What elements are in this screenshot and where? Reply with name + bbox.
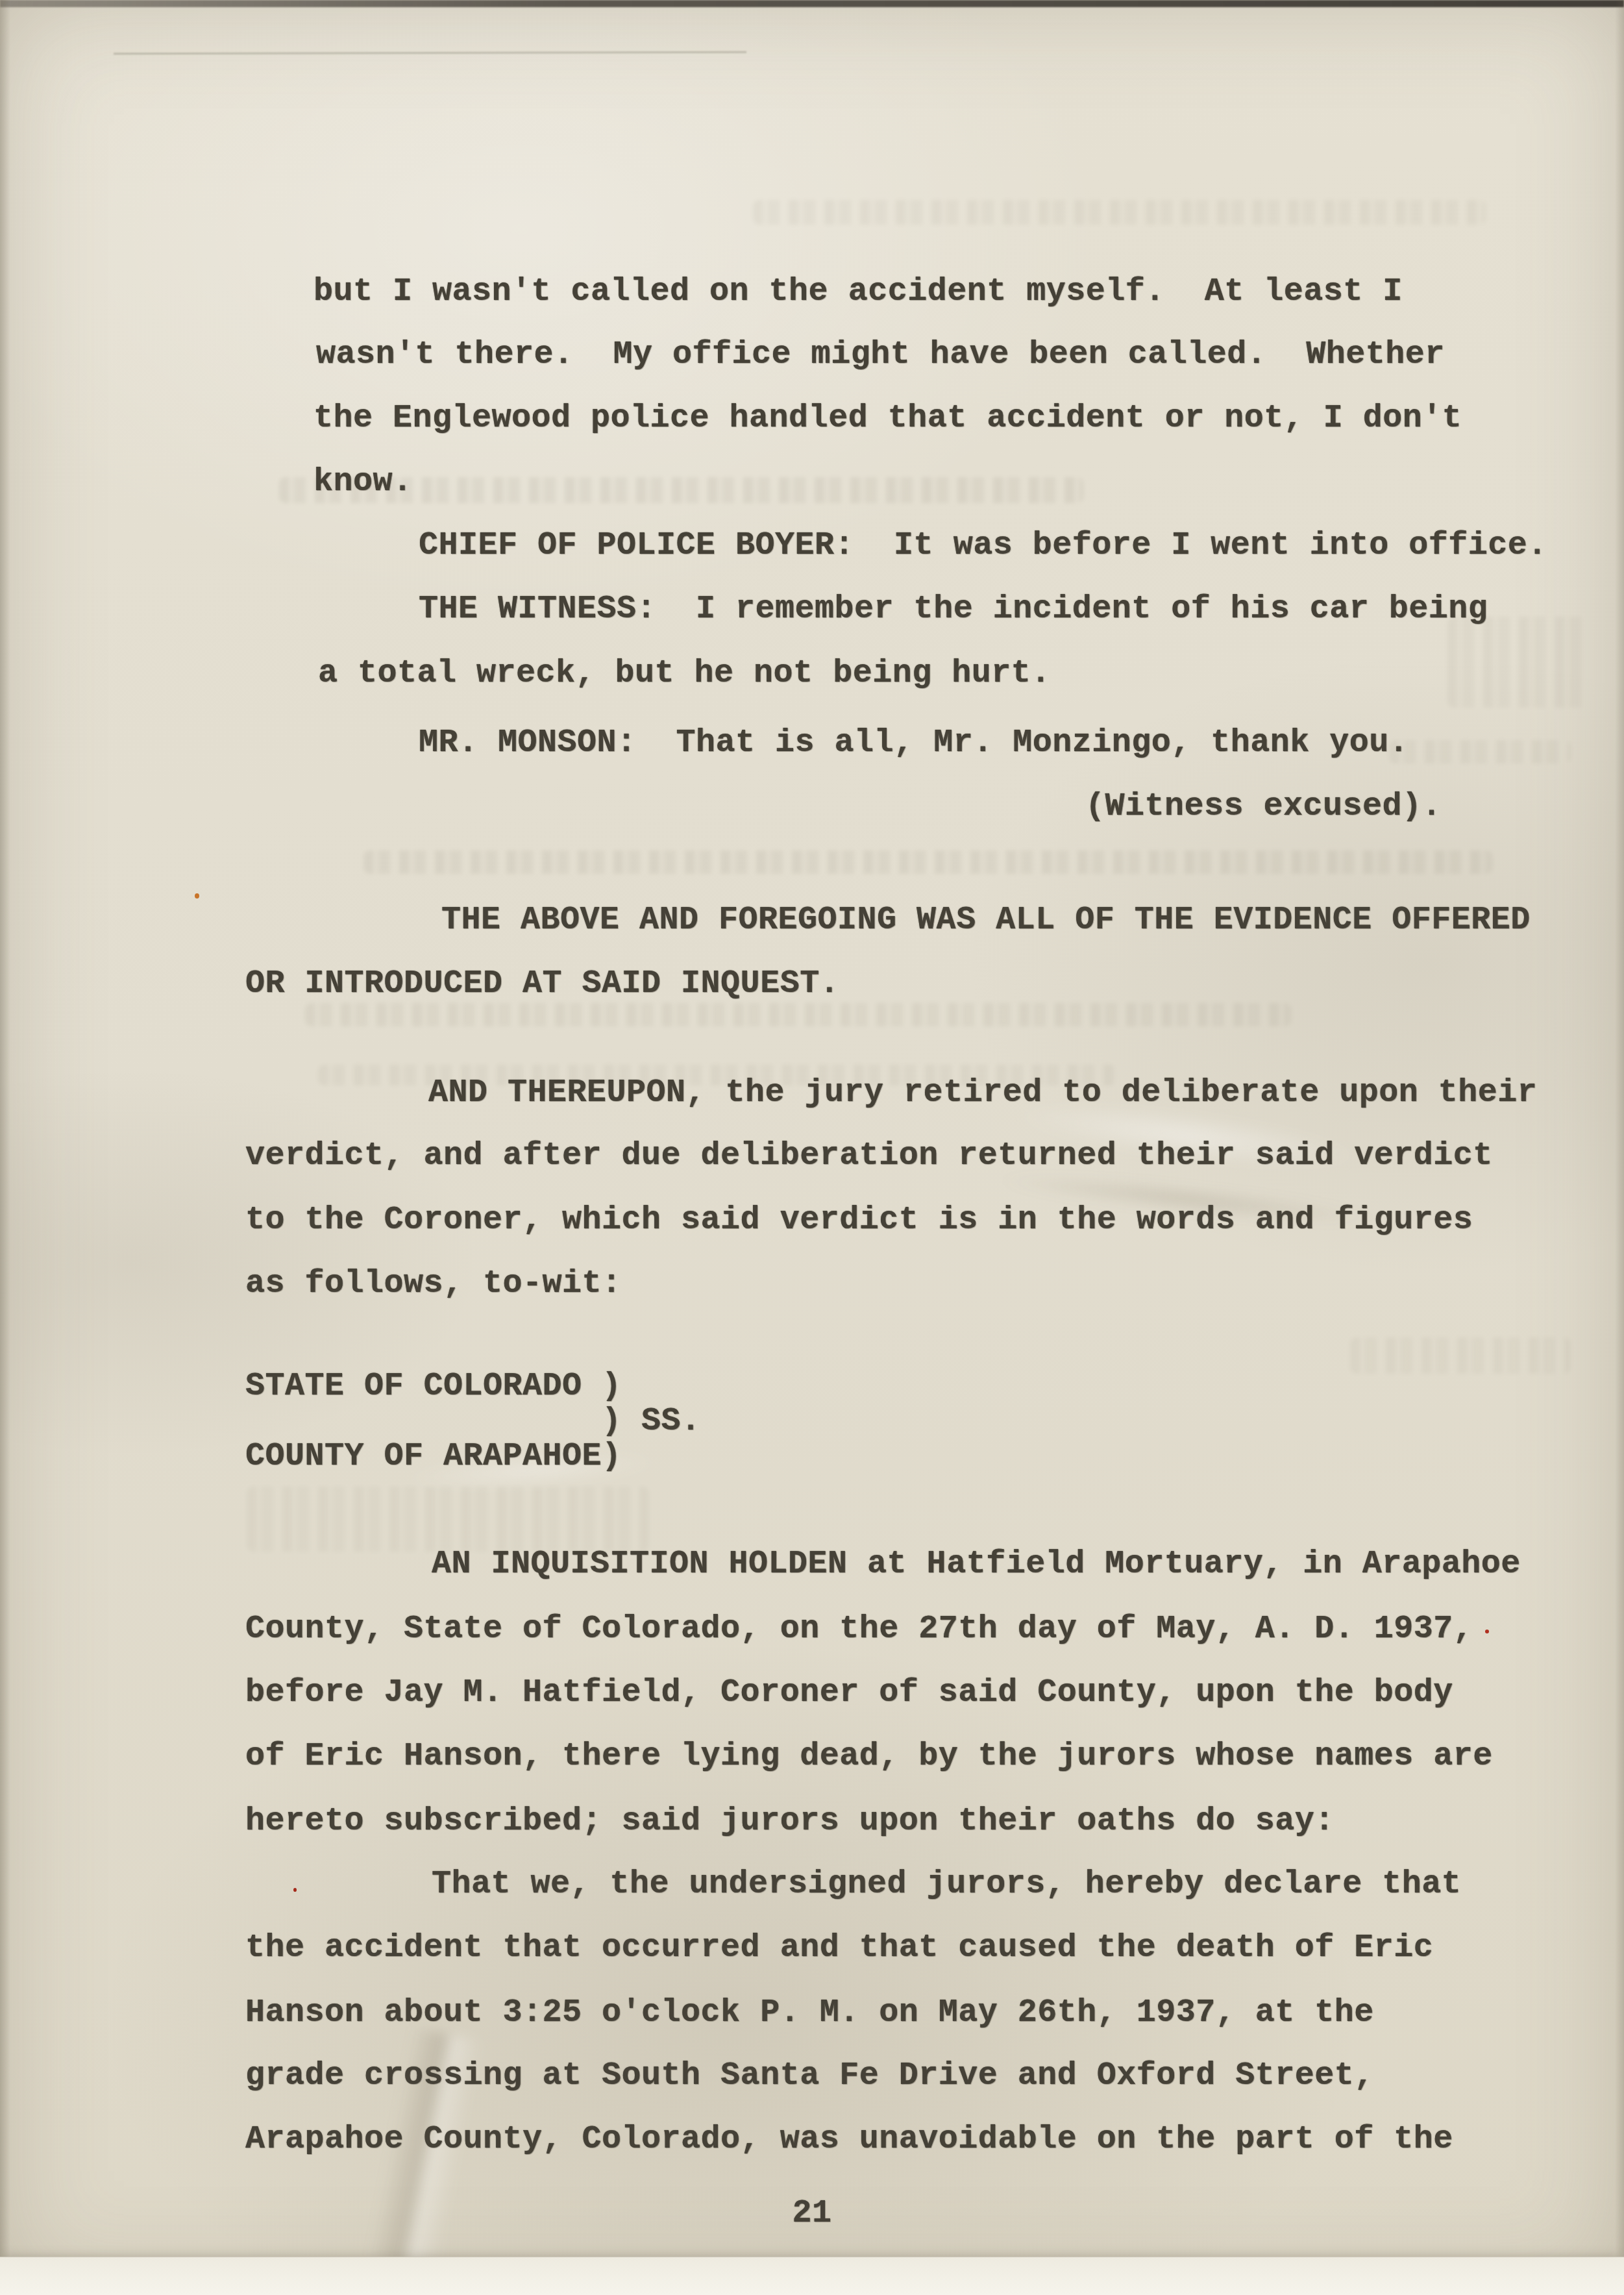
scanner-bed-strip [0,2257,1624,2295]
scan-edge-top [0,0,1624,7]
page-number: 21 [0,2198,1624,2230]
bleed-through-smudge [1389,740,1571,763]
text-line: THE ABOVE AND FOREGOING WAS ALL OF THE E… [441,904,1531,937]
text-line-venue-state: STATE OF COLORADO ) [245,1371,622,1403]
bleed-through-smudge [305,1003,1292,1026]
text-line: verdict, and after due deliberation retu… [245,1140,1493,1172]
text-line: AND THEREUPON, the jury retired to delib… [428,1077,1537,1110]
text-line: (Witness excused). [1085,791,1442,823]
paper-crease [114,51,746,55]
text-line: OR INTRODUCED AT SAID INQUEST. [245,968,839,1000]
text-line: County, State of Colorado, on the 27th d… [245,1613,1473,1646]
bleed-through-smudge [1447,617,1590,708]
document-page: but I wasn't called on the accident myse… [0,0,1624,2295]
text-line: THE WITNESS: I remember the incident of … [419,593,1488,626]
scan-edge-right [1615,0,1624,2295]
bleed-through-smudge [247,1487,649,1552]
bleed-through-smudge [363,850,1493,874]
bleed-through-smudge [753,200,1486,225]
text-line: CHIEF OF POLICE BOYER: It was before I w… [419,530,1547,562]
text-line: MR. MONSON: That is all, Mr. Monzingo, t… [419,727,1409,760]
text-line: a total wreck, but he not being hurt. [318,658,1051,690]
text-line: grade crossing at South Santa Fe Drive a… [245,2060,1374,2092]
scan-edge-left [0,0,10,2295]
text-line: wasn't there. My office might have been … [316,339,1445,371]
text-line: Hanson about 3:25 o'clock P. M. on May 2… [245,1997,1374,2029]
text-line: to the Coroner, which said verdict is in… [245,1204,1473,1237]
text-line: hereto subscribed; said jurors upon thei… [245,1805,1335,1838]
text-line: the Englewood police handled that accide… [314,403,1462,435]
bleed-through-smudge [1350,1337,1571,1374]
ink-speck [293,1888,297,1892]
text-line-venue-ss: ) SS. [245,1406,701,1438]
text-line: of Eric Hanson, there lying dead, by the… [245,1741,1493,1773]
text-line: but I wasn't called on the accident myse… [314,276,1403,308]
text-line-venue-county: COUNTY OF ARAPAHOE) [245,1441,622,1473]
text-line: before Jay M. Hatfield, Coroner of said … [245,1677,1453,1709]
text-line: know. [314,466,413,499]
ink-speck [1485,1630,1489,1633]
text-line: AN INQUISITION HOLDEN at Hatfield Mortua… [432,1548,1521,1581]
text-line: That we, the undersigned jurors, hereby … [432,1868,1461,1901]
text-line: as follows, to-wit: [245,1268,622,1300]
text-line: Arapahoe County, Colorado, was unavoidab… [245,2124,1453,2156]
ink-speck [195,893,199,899]
text-line: the accident that occurred and that caus… [245,1932,1433,1965]
